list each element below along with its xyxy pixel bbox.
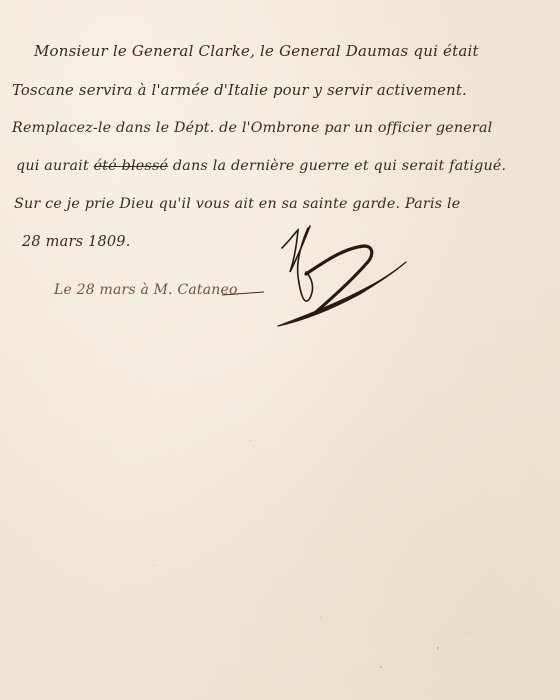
paper-speck: [250, 440, 251, 441]
letter-line-2: Toscane servira à l'armée d'Italie pour …: [12, 82, 467, 99]
letter-page: Monsieur le General Clarke, le General D…: [0, 0, 560, 700]
letter-line-4-start: qui aurait: [16, 158, 94, 174]
paper-speck: [437, 647, 439, 649]
letter-line-4-end: dans la dernière guerre et qui serait fa…: [168, 158, 506, 174]
letter-line-4: qui aurait été blessé dans la dernière g…: [16, 158, 506, 174]
annotation: Le 28 mars à M. Cataneo: [54, 282, 238, 298]
struck-through-text: été blessé: [94, 158, 169, 174]
paper-speck: [380, 666, 382, 668]
paper-speck: [153, 565, 154, 566]
letter-date: 28 mars 1809.: [22, 234, 131, 250]
letter-line-3: Remplacez-le dans le Dépt. de l'Ombrone …: [12, 120, 492, 136]
paper-speck: [320, 617, 321, 618]
letter-line-1: Monsieur le General Clarke, le General D…: [34, 42, 534, 60]
paper-speck: [466, 633, 467, 634]
signature-n-icon: [270, 222, 410, 332]
letter-line-5: Sur ce je prie Dieu qu'il vous ait en sa…: [14, 196, 460, 212]
